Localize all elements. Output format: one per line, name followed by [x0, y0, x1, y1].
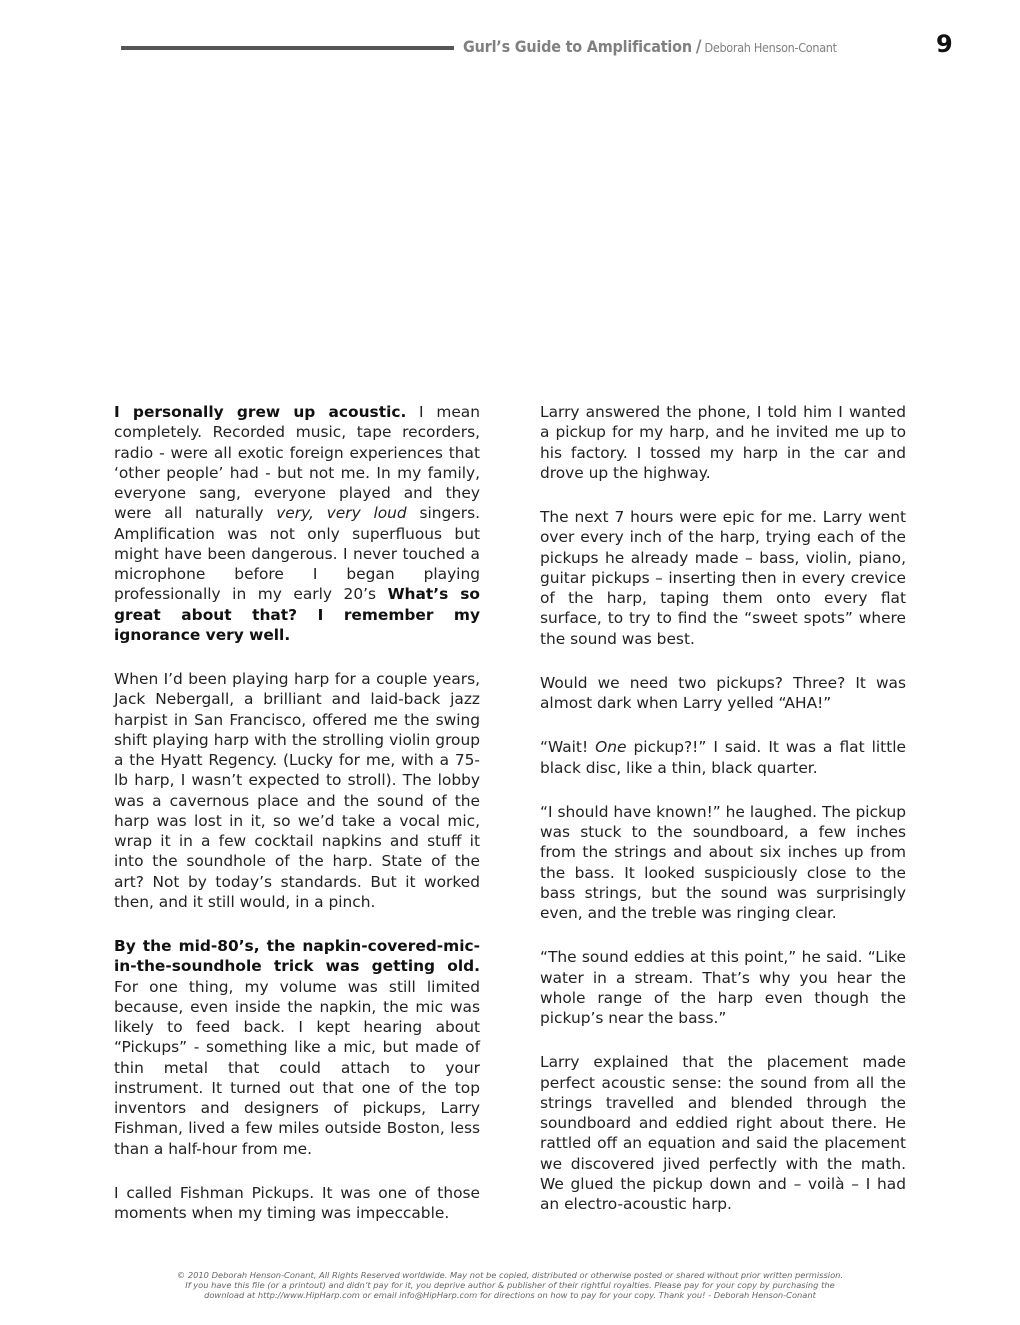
bold-lead: By the mid-80’s, the napkin-covered-mic-…: [114, 937, 480, 975]
left-column: I personally grew up acoustic. I mean co…: [114, 402, 480, 1247]
footer-line-2: If you have this file (or a printout) an…: [140, 1280, 880, 1290]
paragraph-mid-80s: By the mid-80’s, the napkin-covered-mic-…: [114, 936, 480, 1159]
body-text: “Wait!: [540, 738, 595, 756]
page-header: Gurl’s Guide to Amplification/Deborah He…: [0, 30, 1020, 70]
paragraph-called-fishman: I called Fishman Pickups. It was one of …: [114, 1183, 480, 1224]
body-text: For one thing, my volume was still limit…: [114, 978, 480, 1158]
italic-emphasis: very, very loud: [276, 504, 406, 522]
paragraph-sound-eddies: “The sound eddies at this point,” he sai…: [540, 947, 906, 1028]
italic-emphasis: One: [595, 738, 626, 756]
copyright-footer: © 2010 Deborah Henson-Conant, All Rights…: [140, 1270, 880, 1300]
paragraph-should-have-known: “I should have known!” he laughed. The p…: [540, 802, 906, 924]
paragraph-one-pickup: “Wait! One pickup?!” I said. It was a fl…: [540, 737, 906, 778]
footer-line-3: download at http://www.HipHarp.com or em…: [140, 1290, 880, 1300]
page-number: 9: [936, 30, 953, 58]
bold-lead: I personally grew up acoustic.: [114, 403, 406, 421]
paragraph-hyatt-regency: When I’d been playing harp for a couple …: [114, 669, 480, 912]
paragraph-next-7-hours: The next 7 hours were epic for me. Larry…: [540, 507, 906, 649]
author-name: Deborah Henson-Conant: [704, 40, 836, 55]
footer-line-1: © 2010 Deborah Henson-Conant, All Rights…: [140, 1270, 880, 1280]
paragraph-larry-answered: Larry answered the phone, I told him I w…: [540, 402, 906, 483]
paragraph-two-pickups: Would we need two pickups? Three? It was…: [540, 673, 906, 714]
paragraph-grew-up-acoustic: I personally grew up acoustic. I mean co…: [114, 402, 480, 645]
book-title: Gurl’s Guide to Amplification: [463, 37, 692, 56]
right-column: Larry answered the phone, I told him I w…: [540, 402, 906, 1238]
paragraph-placement-explained: Larry explained that the placement made …: [540, 1052, 906, 1214]
title-separator: /: [696, 37, 702, 57]
header-rule: [121, 46, 454, 50]
running-title: Gurl’s Guide to Amplification/Deborah He…: [463, 37, 837, 57]
